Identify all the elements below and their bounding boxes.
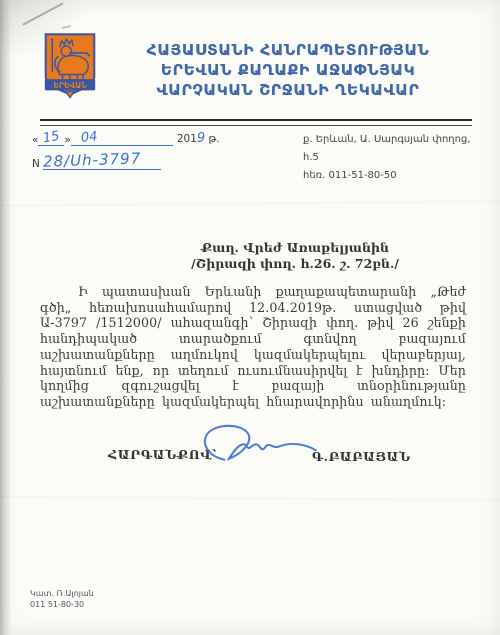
office-address-block: ք. Երևան, Ա. Սարգսյան փողոց, հ.5 հեռ. 01…: [303, 131, 478, 185]
year-printed: 201: [177, 133, 197, 145]
office-address-line1: ք. Երևան, Ա. Սարգսյան փողոց, հ.5: [303, 131, 478, 167]
executor-name: Կատ. Ռ.Ալոյան: [30, 588, 94, 599]
letter-body: Ի պատասխան Երևանի քաղաքապետարանի „Թեժ գծ…: [40, 284, 466, 410]
executor-phone: 011 51-80-30: [30, 599, 94, 610]
scan-crease: [0, 496, 500, 500]
number-label: N: [32, 158, 40, 170]
date-line: « 15 » 04 2019 թ.: [32, 129, 272, 146]
date-month-field: 04: [71, 130, 173, 146]
date-number-block: « 15 » 04 2019 թ. N 28/Սհ-3797: [32, 129, 272, 170]
year-suffix: թ.: [209, 133, 220, 145]
handwritten-number: 28/Սհ-3797: [43, 149, 142, 170]
letterhead-title-line2: ԵՐԵՎԱՆ ՔԱՂԱՔԻ ԱՋԱՓՆՅԱԿ: [104, 60, 472, 80]
letterhead-title: ՀԱՅԱՍՏԱՆԻ ՀԱՆՐԱՊԵՏՈՒԹՅԱՆ ԵՐԵՎԱՆ ՔԱՂԱՔԻ Ա…: [104, 40, 472, 100]
letterhead-title-line1: ՀԱՅԱՍՏԱՆԻ ՀԱՆՐԱՊԵՏՈՒԹՅԱՆ: [104, 40, 472, 60]
date-year: 2019 թ.: [177, 131, 220, 146]
letterhead-title-line3: ՎԱՐՉԱԿԱՆ ՇՐՋԱՆԻ ՂԵԿԱՎԱՐ: [104, 80, 472, 100]
letterhead-divider: [40, 119, 472, 126]
signatory-name: Գ.ԲԱԲԱՅԱՆ: [312, 449, 411, 464]
addressee-address: /Շիրազի փող. հ.26. շ. 72բն./: [185, 256, 405, 272]
handwritten-signature-icon: [196, 420, 328, 472]
scanned-letter-page: ԵՐԵՎԱՆ ՀԱՅԱՍՏԱՆԻ ՀԱՆՐԱՊԵՏՈՒԹՅԱՆ ԵՐԵՎԱՆ Ք…: [0, 0, 500, 635]
number-line: N 28/Սհ-3797: [32, 151, 272, 170]
scan-crease: [0, 201, 500, 206]
emblem-banner-text: ԵՐԵՎԱՆ: [53, 81, 87, 90]
addressee-block: Քաղ. Վրեժ Առաքելյանին /Շիրազի փող. հ.26.…: [185, 240, 405, 272]
number-field: 28/Սհ-3797: [43, 151, 161, 170]
executor-block: Կատ. Ռ.Ալոյան 011 51-80-30: [30, 588, 94, 610]
office-phone: հեռ. 011-51-80-50: [303, 167, 478, 185]
handwritten-day: 15: [42, 129, 61, 147]
yerevan-coat-of-arms-icon: ԵՐԵՎԱՆ: [42, 32, 98, 102]
handwritten-month: 04: [80, 129, 98, 146]
addressee-name: Քաղ. Վրեժ Առաքելյանին: [185, 240, 405, 256]
date-day-field: 15: [38, 130, 64, 146]
scan-edge-shadow: [0, 0, 11, 635]
handwritten-year-digit: 9: [197, 131, 205, 146]
